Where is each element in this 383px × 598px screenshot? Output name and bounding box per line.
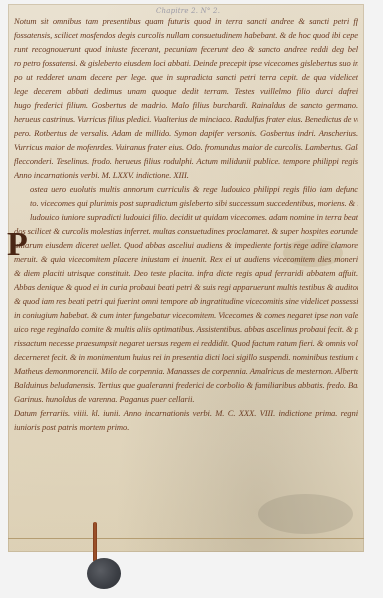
text-line: ro petro fossatensi. & gisleberto eiusde… [14, 56, 358, 70]
text-line: runt recognouerunt quod iniuste fecerant… [14, 42, 358, 56]
text-line: uico rege reginaldo comite & multis alii… [14, 322, 358, 336]
text-line: to. vicecomes qui plurimis post supradic… [30, 196, 358, 210]
wax-seal-icon [87, 558, 121, 589]
text-line: dos scilicet & curcolis molestias inferr… [14, 224, 358, 238]
text-line: & quod iam res beati petri qui fuerint o… [14, 294, 358, 308]
charter-parchment: Chapitre 2. N° 2. Notum sit omnibus tam … [8, 4, 364, 552]
text-line: Balduinus beludanensis. Tertius que gual… [14, 378, 358, 392]
text-line: Notum sit omnibus tam presentibus quam f… [14, 14, 358, 28]
text-line: Matheus demonmorencii. Milo de corpennia… [14, 364, 358, 378]
text-line: fossatensis, scilicet mosfendos degis cu… [14, 28, 358, 42]
text-line: meruit. & quia vicecomitem placere inius… [14, 252, 358, 266]
text-line: Abbas denique & quod ei in curia probaui… [14, 280, 358, 294]
decorated-initial-p: P [7, 228, 28, 262]
text-line: iunioris post patris mortem primo. [14, 420, 358, 434]
plica-fold-line [8, 538, 364, 539]
text-line: Datum ferrariis. viiii. kl. iunii. Anno … [14, 406, 358, 420]
text-line: Garinus. hunoldus de varenna. Paganus pu… [14, 392, 358, 406]
text-line: ludouico iuniore supradicti ludouici fil… [30, 210, 358, 224]
text-line: po ut redderet unam decere per lege. que… [14, 70, 358, 84]
text-line: lege decerem abbati dedimus unam quoque … [14, 84, 358, 98]
text-line: & diem placiti utrisque constituit. Deo … [14, 266, 358, 280]
text-line: rissactum necesse praesumpsit negaret ue… [14, 336, 358, 350]
dirt-stain [258, 494, 353, 534]
text-line: uillarum eiusdem diceret uellet. Quod ab… [14, 238, 358, 252]
text-line: flecconderi. Teselinus. frodo. herueus f… [14, 154, 358, 168]
text-line: Anno incarnationis verbi. M. LXXV. indic… [14, 168, 358, 182]
text-line: hugo frederici filium. Gosbertus de madr… [14, 98, 358, 112]
text-line: pero. Rotbertus de versalis. Adam de mil… [14, 126, 358, 140]
text-line: in coniugium habebat. & cum inter fungeb… [14, 308, 358, 322]
text-line: ostea uero euolutis multis annorum curri… [30, 182, 358, 196]
seal-cord [93, 522, 97, 562]
text-line: Vurricus maior de mofenrdes. Vuiranus fr… [14, 140, 358, 154]
text-line: decerneret fecit. & in monimentum huius … [14, 350, 358, 364]
text-line: herueus castrinus. Vurricus filius pledi… [14, 112, 358, 126]
